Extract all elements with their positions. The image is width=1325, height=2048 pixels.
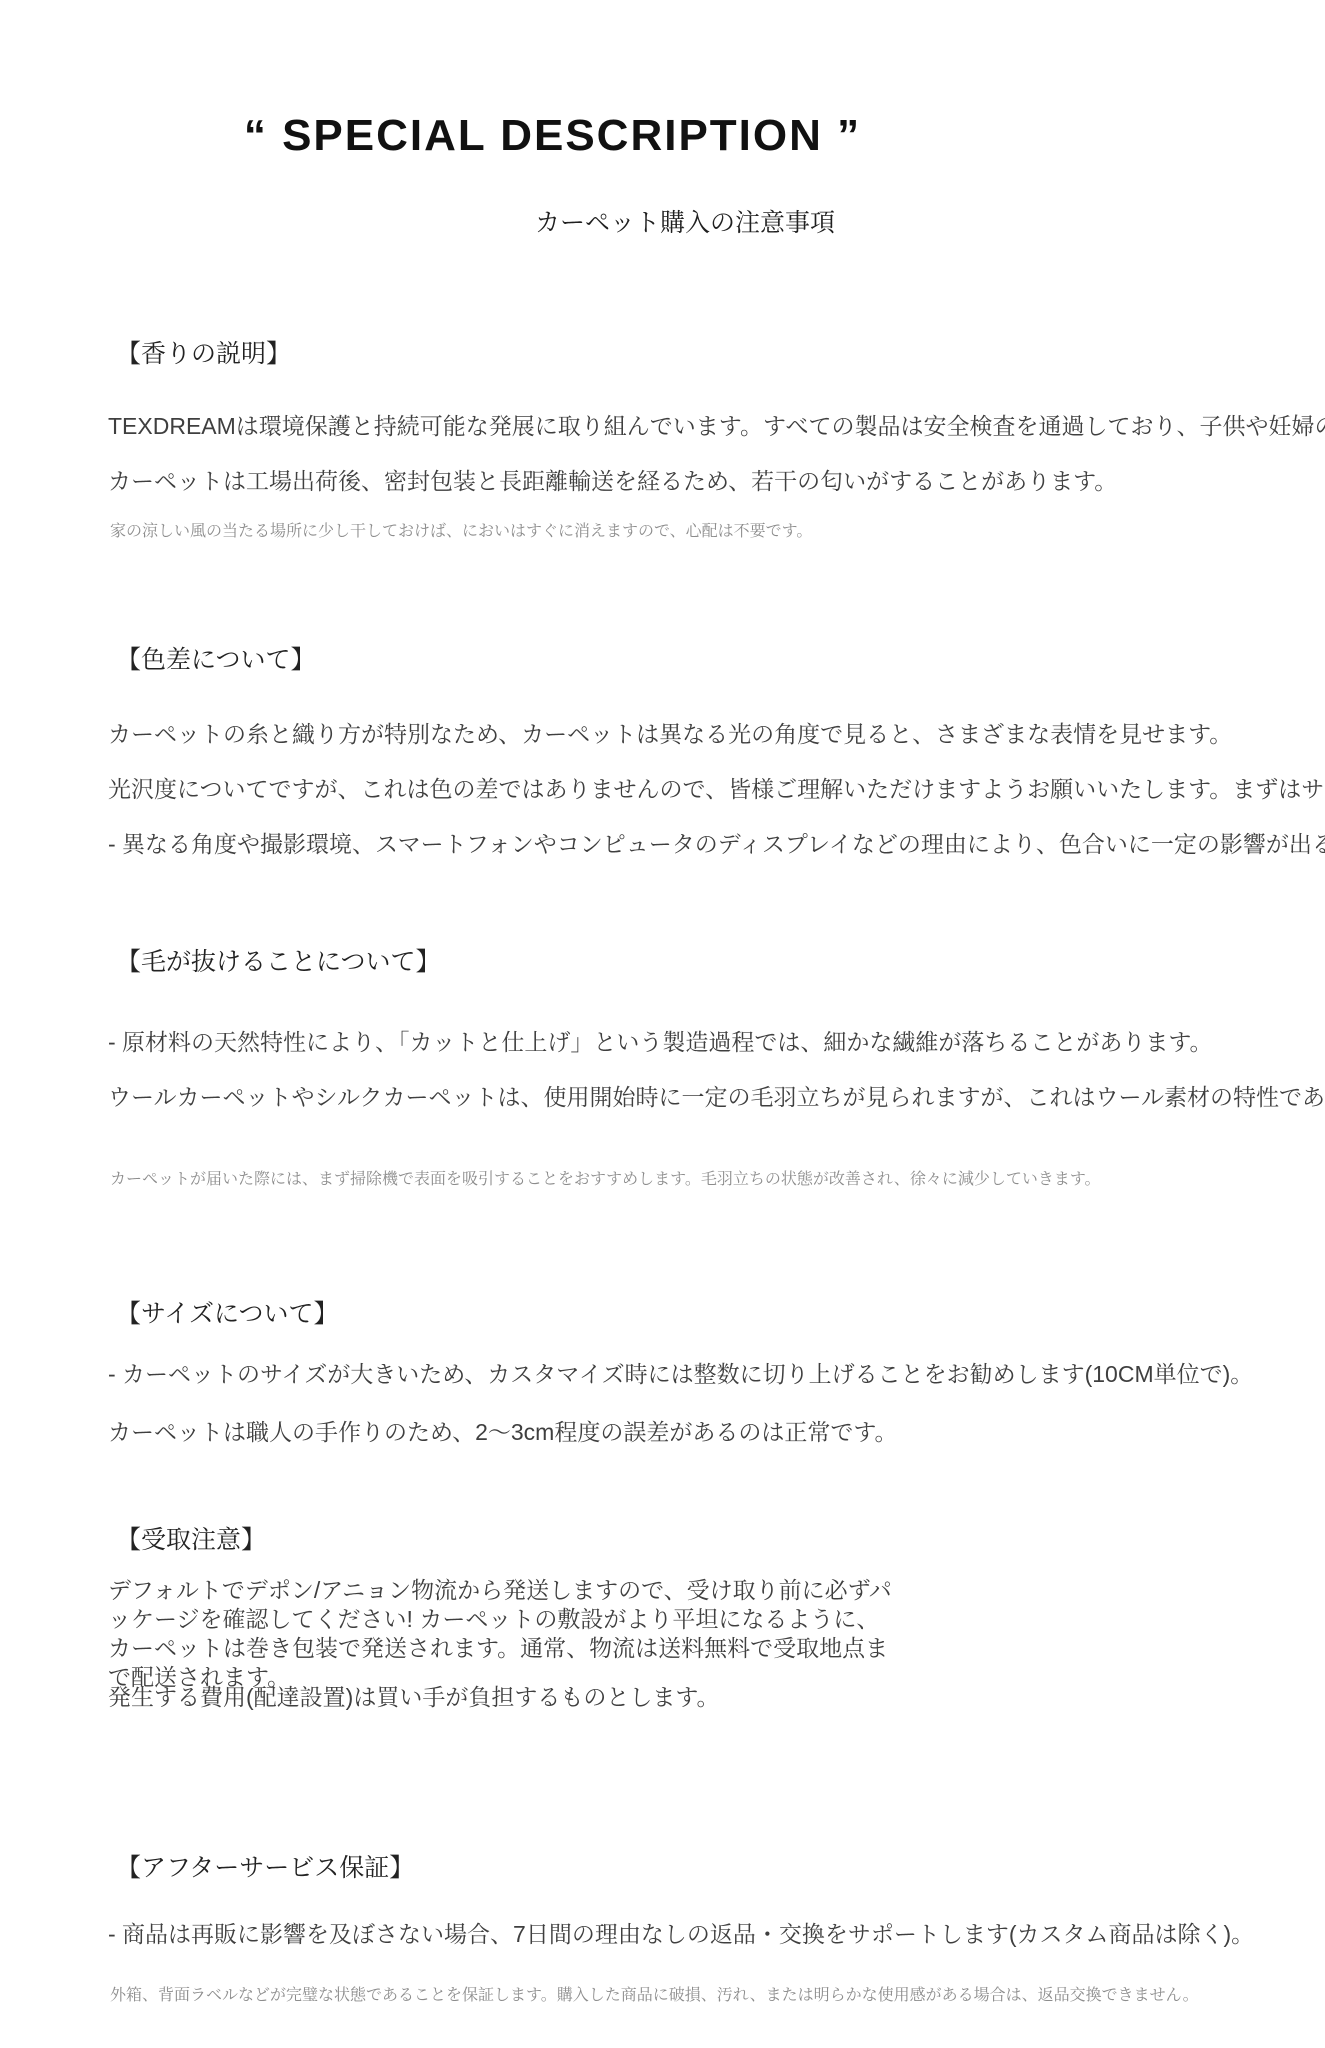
section-receiving-body-1: 発生する費用(配達設置)は買い手が負担するものとします。 <box>108 1679 719 1712</box>
section-shedding-note: カーペットが届いた際には、まず掃除機で表面を吸引することをおすすめします。毛羽立… <box>110 1166 1101 1189</box>
section-heading-shedding: 【毛が抜けることについて】 <box>116 942 441 978</box>
section-color-body-3: - 異なる角度や撮影環境、スマートフォンやコンピュータのディスプレイなどの理由に… <box>108 826 1325 859</box>
section-shedding-body-2: ウールカーペットやシルクカーペットは、使用開始時に一定の毛羽立ちが見られますが、… <box>108 1079 1325 1112</box>
section-scent-note: 家の涼しい風の当たる場所に少し干しておけば、においはすぐに消えますので、心配は不… <box>110 518 812 541</box>
section-after-service-body-1: - 商品は再販に影響を及ぼさない場合、7日間の理由なしの返品・交換をサポートしま… <box>108 1916 1254 1949</box>
section-receiving-paragraph: デフォルトでデポン/アニョン物流から発送しますので、受け取り前に必ずパッケージを… <box>108 1576 894 1692</box>
section-color-body-2: 光沢度についてですが、これは色の差ではありませんので、皆様ご理解いただけますよう… <box>108 771 1325 804</box>
section-size-body-1: - カーペットのサイズが大きいため、カスタマイズ時には整数に切り上げることをお勧… <box>108 1356 1253 1389</box>
section-heading-size: 【サイズについて】 <box>116 1294 339 1330</box>
section-scent-body-2: カーペットは工場出荷後、密封包装と長距離輸送を経るため、若干の匂いがすることがあ… <box>108 463 1117 496</box>
special-description-page: “ SPECIAL DESCRIPTION ” カーペット購入の注意事項 【香り… <box>0 0 1325 2048</box>
page-subtitle: カーペット購入の注意事項 <box>535 203 835 239</box>
section-color-body-1: カーペットの糸と織り方が特別なため、カーペットは異なる光の角度で見ると、さまざま… <box>108 716 1232 749</box>
section-heading-receiving: 【受取注意】 <box>116 1520 266 1556</box>
section-heading-scent: 【香りの説明】 <box>116 334 291 370</box>
section-shedding-body-1: - 原材料の天然特性により、「カットと仕上げ」という製造過程では、細かな繊維が落… <box>108 1024 1212 1057</box>
section-heading-color-difference: 【色差について】 <box>116 640 316 676</box>
page-title: “ SPECIAL DESCRIPTION ” <box>0 111 1105 161</box>
section-size-body-2: カーペットは職人の手作りのため、2〜3cm程度の誤差があるのは正常です。 <box>108 1414 897 1447</box>
section-heading-after-service: 【アフターサービス保証】 <box>116 1848 414 1884</box>
section-after-service-note: 外箱、背面ラベルなどが完璧な状態であることを保証します。購入した商品に破損、汚れ… <box>110 1982 1199 2005</box>
section-scent-body-1: TEXDREAMは環境保護と持続可能な発展に取り組んでいます。すべての製品は安全… <box>108 408 1325 441</box>
